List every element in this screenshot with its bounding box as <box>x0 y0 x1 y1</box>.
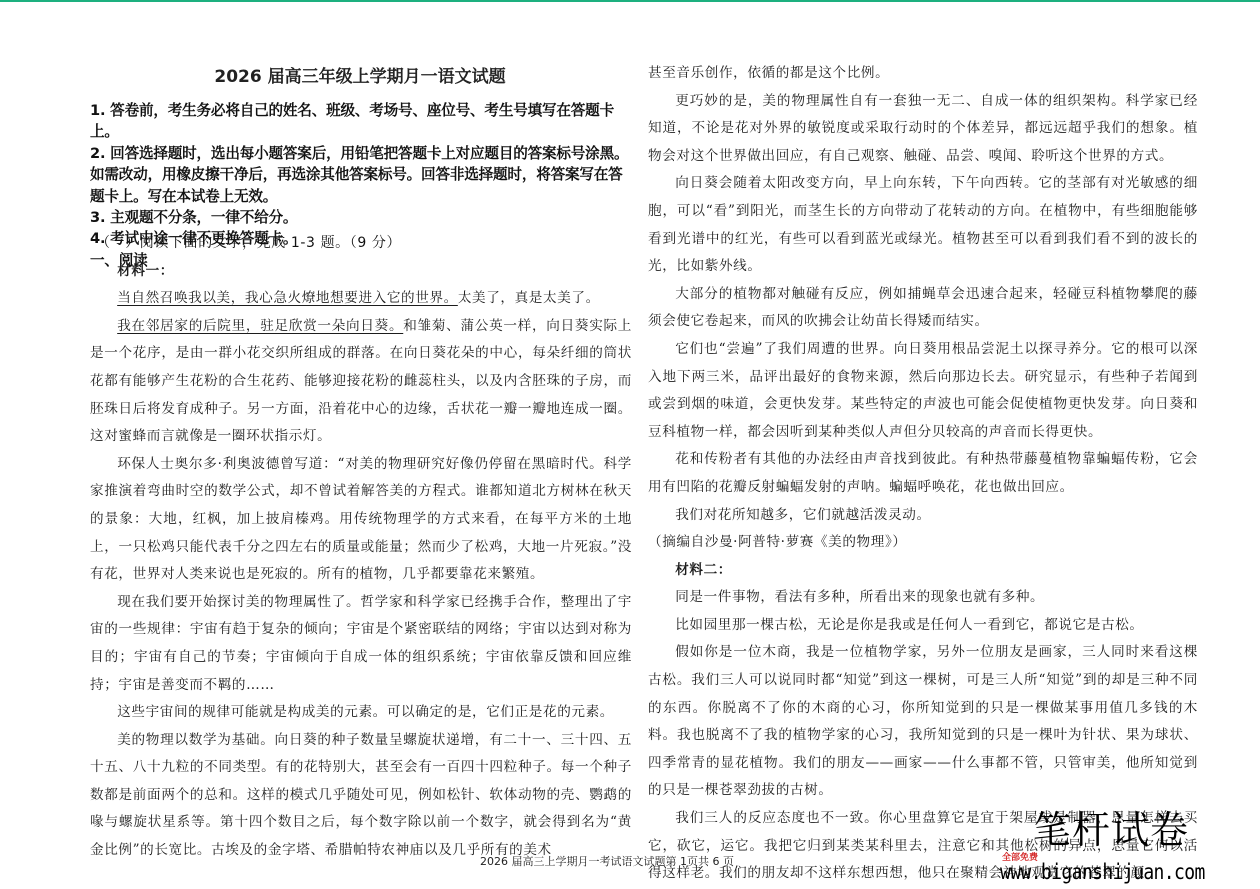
paragraph: 现在我们要开始探讨美的物理属性了。哲学家和科学家已经携手合作，整理出了宇宙的一些… <box>90 589 632 699</box>
left-column: （一）阅读下面的文字，完成 1-3 题。（9 分） 材料一： 当自然召唤我以美，… <box>90 230 632 865</box>
paragraph: 我们对花所知越多，它们就越活泼灵动。 <box>648 502 1198 530</box>
paragraph: 更巧妙的是，美的物理属性自有一套独一无二、自成一体的组织架构。科学家已经知道，不… <box>648 88 1198 171</box>
paragraph: 大部分的植物都对触碰有反应，例如捕蝇草会迅速合起来，轻碰豆科植物攀爬的藤须会使它… <box>648 281 1198 336</box>
instruction-3: 3. 主观题不分条，一律不给分。 <box>90 207 635 228</box>
underlined-sentence: 当自然召唤我以美，我心急火燎地想要进入它的世界。 <box>117 290 458 306</box>
watermark-logo: 笔杆试卷 全部免费 www.biganshijuan.com <box>1000 808 1260 889</box>
source-citation: （摘编自沙曼·阿普特·萝赛《美的物理》） <box>648 529 1198 557</box>
paragraph: 这些宇宙间的规律可能就是构成美的元素。可以确定的是，它们正是花的元素。 <box>90 699 632 727</box>
paragraph: 同是一件事物，看法有多种，所看出来的现象也就有多种。 <box>648 584 1198 612</box>
page-footer: 2026 届高三上学期月一考试语文试题第 1页共 6 页 <box>480 853 734 869</box>
sentence: 和雏菊、蒲公英一样，向日葵实际上是一个花序，是由一群小花交织所组成的群落。在向日… <box>90 318 632 444</box>
material-2-heading: 材料二： <box>648 557 1198 585</box>
instruction-1: 1. 答卷前，考生务必将自己的姓名、班级、考场号、座位号、考生号填写在答题卡上。 <box>90 100 635 143</box>
subsection-heading: （一）阅读下面的文字，完成 1-3 题。（9 分） <box>90 230 632 258</box>
page-title: 2026 届高三年级上学期月一语文试题 <box>90 62 630 87</box>
paragraph: 花和传粉者有其他的办法经由声音找到彼此。有种热带藤蔓植物靠蝙蝠传粉，它会用有凹陷… <box>648 446 1198 501</box>
paragraph: 假如你是一位木商，我是一位植物学家，另外一位朋友是画家，三人同时来看这棵古松。我… <box>648 639 1198 805</box>
sentence: 太美了，真是太美了。 <box>458 290 600 306</box>
right-column: 甚至音乐创作，依循的都是这个比例。 更巧妙的是，美的物理属性自有一套独一无二、自… <box>648 60 1198 888</box>
paragraph: 向日葵会随着太阳改变方向，早上向东转，下午向西转。它的茎部有对光敏感的细胞，可以… <box>648 170 1198 280</box>
paragraph: 我在邻居家的后院里，驻足欣赏一朵向日葵。和雏菊、蒲公英一样，向日葵实际上是一个花… <box>90 313 632 451</box>
material-1-heading: 材料一： <box>90 258 632 286</box>
paragraph-continued: 甚至音乐创作，依循的都是这个比例。 <box>648 60 1198 88</box>
paragraph: 比如园里那一棵古松，无论是你是我或是任何人一看到它，都说它是古松。 <box>648 612 1198 640</box>
paragraph: 美的物理以数学为基础。向日葵的种子数量呈螺旋状递增，有二十一、三十四、五十五、八… <box>90 727 632 865</box>
paragraph: 环保人士奥尔多·利奥波德曾写道：“对美的物理研究好像仍停留在黑暗时代。科学家推演… <box>90 451 632 589</box>
watermark-url: www.biganshijuan.com <box>1000 860 1205 885</box>
watermark-title: 笔杆试卷 <box>1033 808 1189 852</box>
paragraph: 它们也“尝遍”了我们周遭的世界。向日葵用根品尝泥土以探寻养分。它的根可以深入地下… <box>648 336 1198 446</box>
top-accent-line <box>0 0 1260 2</box>
instruction-2: 2. 回答选择题时，选出每小题答案后，用铅笔把答题卡上对应题目的答案标号涂黑。如… <box>90 143 635 207</box>
paragraph: 当自然召唤我以美，我心急火燎地想要进入它的世界。太美了，真是太美了。 <box>90 285 632 313</box>
underlined-sentence: 我在邻居家的后院里，驻足欣赏一朵向日葵。 <box>117 318 403 334</box>
